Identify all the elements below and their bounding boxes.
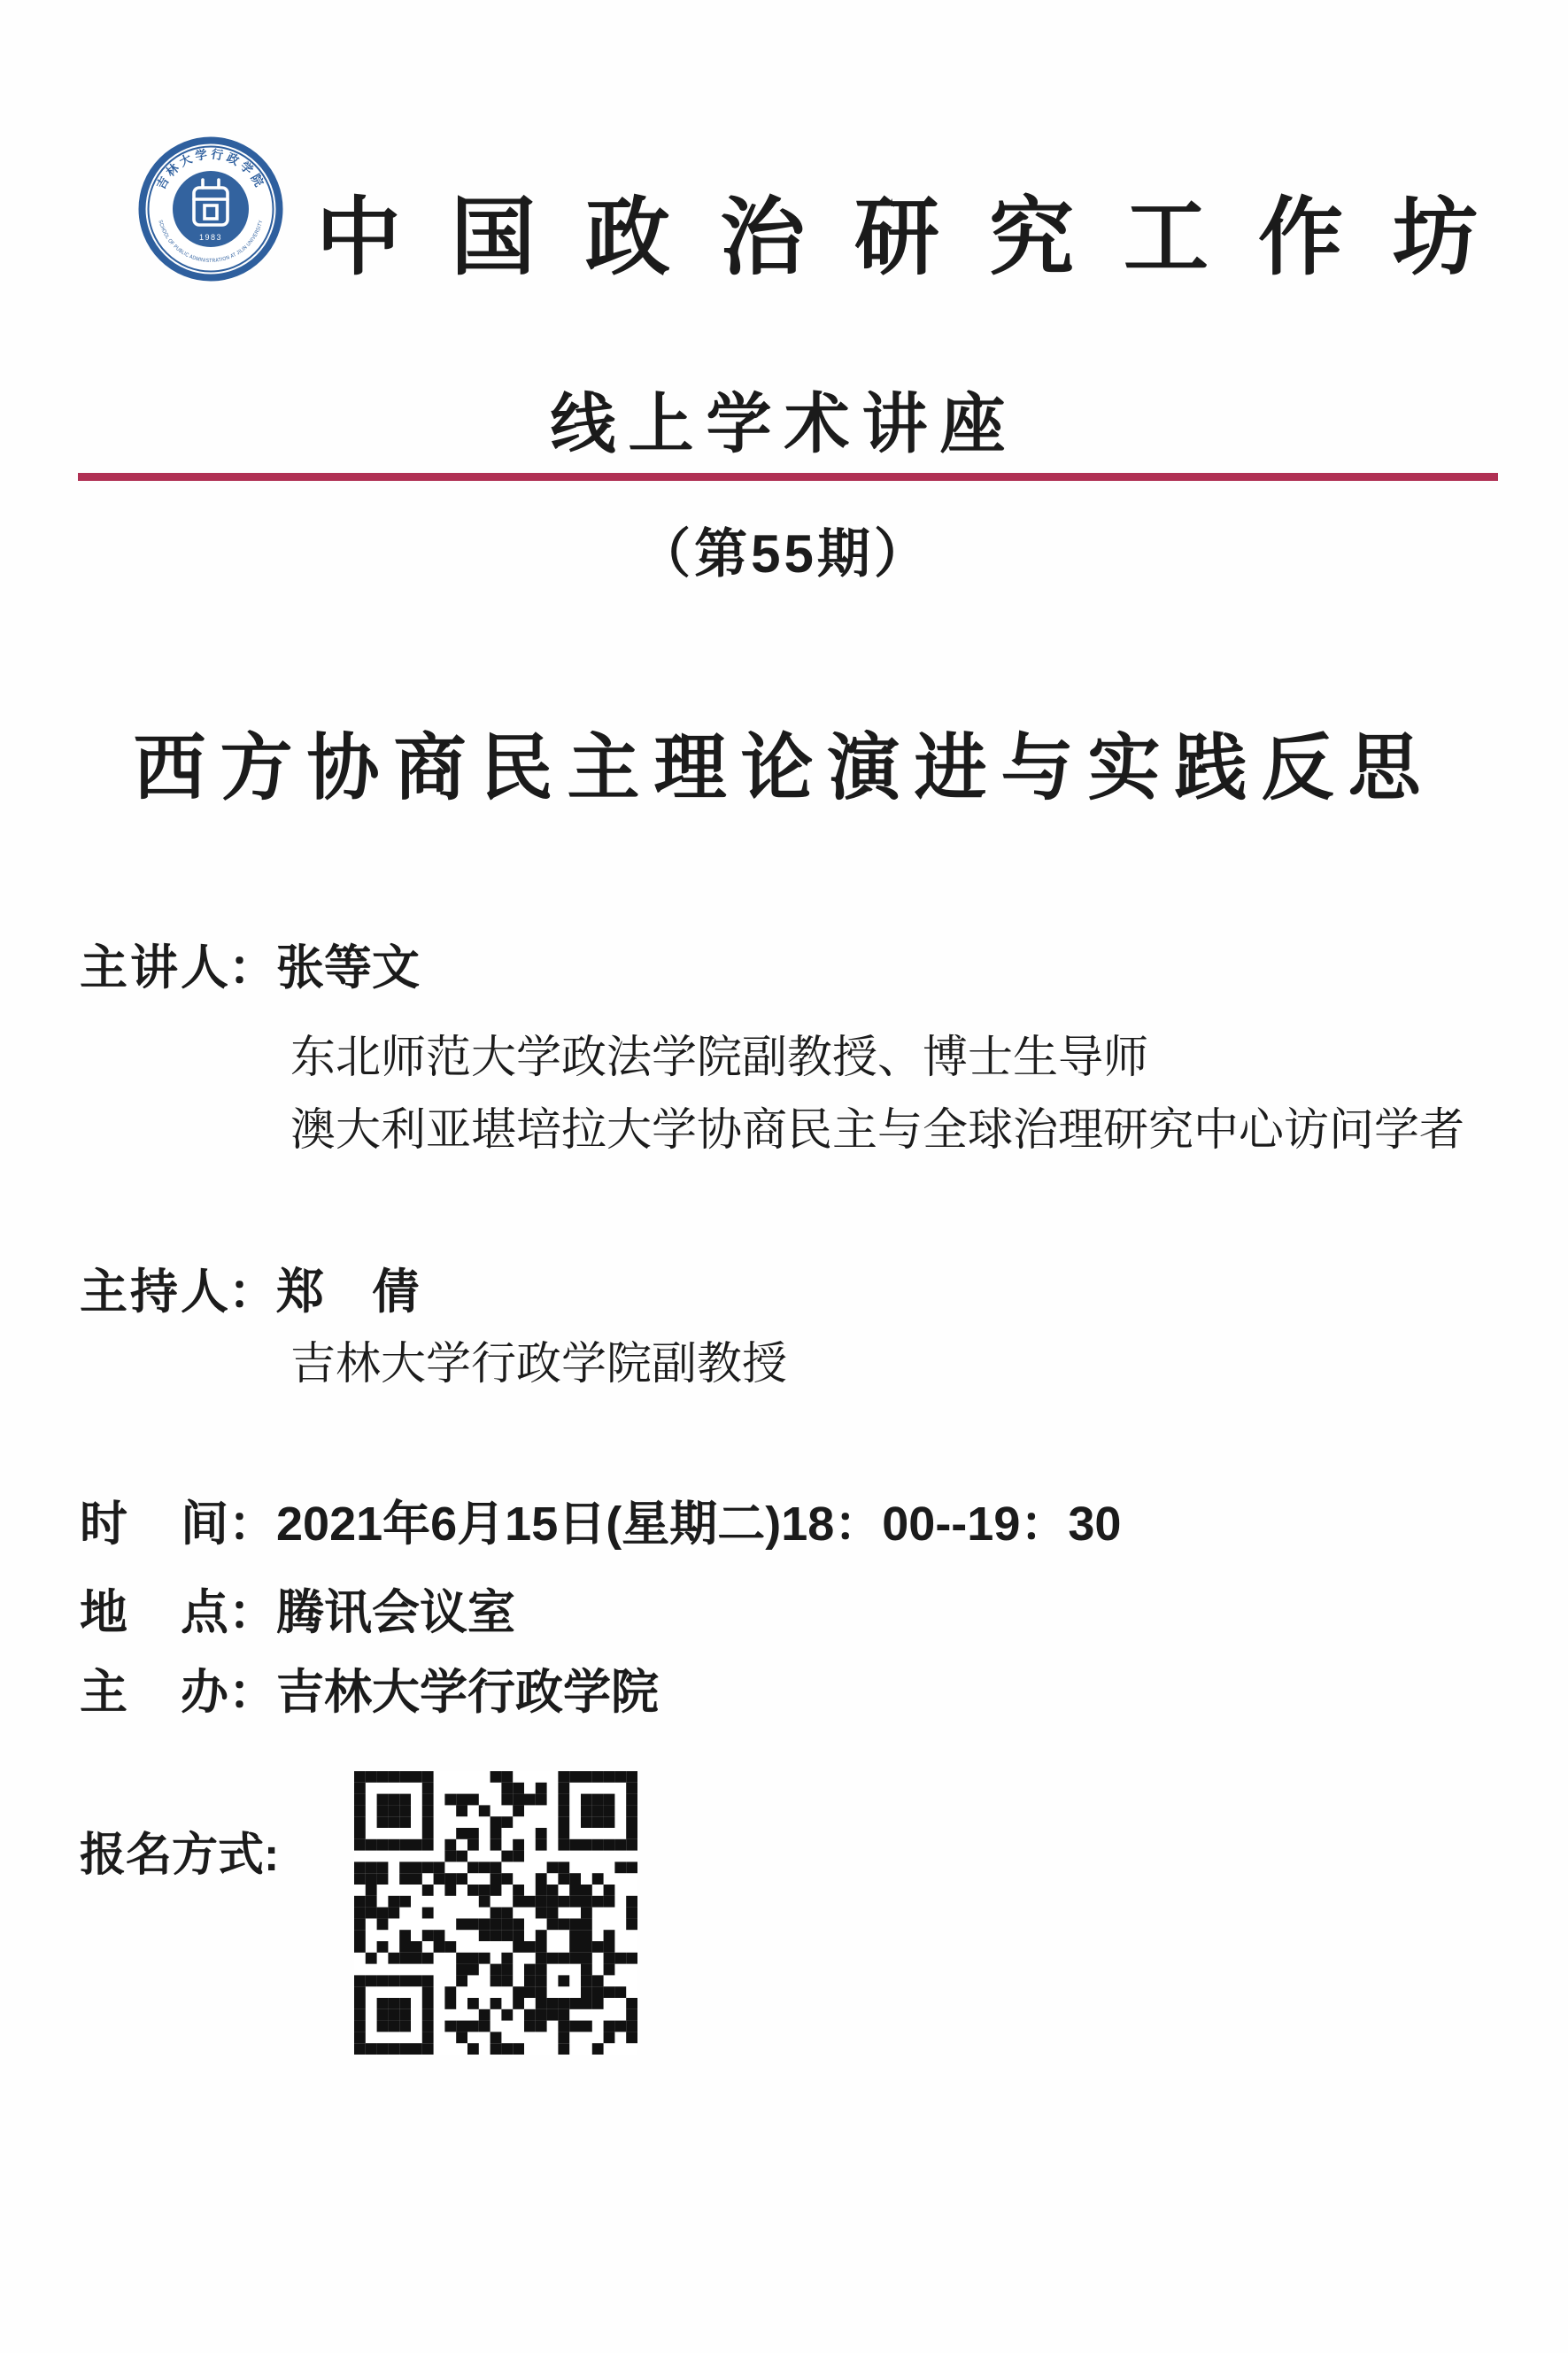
venue-colon: ： bbox=[228, 1575, 276, 1643]
speaker-label: 主讲人 bbox=[80, 930, 228, 998]
issue-number: （第55期） bbox=[0, 512, 1568, 588]
organizer-label: 主办 bbox=[80, 1654, 228, 1722]
host-name: 郑 倩 bbox=[276, 1266, 420, 1319]
workshop-title: 中国政治研究工作坊 bbox=[316, 170, 1527, 291]
lecture-title: 西方协商民主理论演进与实践反思 bbox=[0, 710, 1568, 814]
qr-code-icon bbox=[354, 1771, 637, 2055]
venue-row: 地点：腾讯会议室 bbox=[80, 1575, 515, 1643]
speaker-affiliation-1: 东北师范大学政法学院副教授、博士生导师 bbox=[290, 1020, 1148, 1086]
time-colon: ： bbox=[228, 1486, 276, 1554]
divider-line bbox=[78, 473, 1498, 481]
lecture-poster: 吉林大学行政学院 SCHOOL OF PUBLIC ADMINISTRATION… bbox=[0, 0, 1568, 2353]
host-row: 主持人：郑 倩 bbox=[80, 1254, 420, 1322]
venue-value: 腾讯会议室 bbox=[276, 1586, 515, 1639]
series-title: 线上学术讲座 bbox=[0, 372, 1568, 466]
speaker-colon: ： bbox=[228, 930, 276, 998]
organizer-colon: ： bbox=[228, 1654, 276, 1722]
university-seal-icon: 吉林大学行政学院 SCHOOL OF PUBLIC ADMINISTRATION… bbox=[138, 136, 283, 282]
qr-code-image bbox=[354, 1771, 637, 2055]
host-colon: ： bbox=[228, 1254, 276, 1322]
host-affiliation: 吉林大学行政学院副教授 bbox=[290, 1327, 787, 1392]
venue-label: 地点 bbox=[80, 1575, 228, 1643]
signup-label: 报名方式: bbox=[80, 1817, 279, 1884]
seal-year: 1983 bbox=[199, 233, 222, 242]
organizer-value: 吉林大学行政学院 bbox=[276, 1666, 659, 1719]
time-label: 时间 bbox=[80, 1486, 228, 1554]
speaker-affiliation-2: 澳大利亚堪培拉大学协商民主与全球治理研究中心访问学者 bbox=[290, 1093, 1464, 1158]
host-label: 主持人 bbox=[80, 1254, 228, 1322]
time-row: 时间：2021年6月15日(星期二)18：00--19：30 bbox=[80, 1486, 1121, 1554]
speaker-name: 张等文 bbox=[276, 941, 420, 995]
speaker-row: 主讲人：张等文 bbox=[80, 930, 420, 998]
time-value: 2021年6月15日(星期二)18：00--19：30 bbox=[276, 1498, 1121, 1551]
organizer-row: 主办：吉林大学行政学院 bbox=[80, 1654, 659, 1722]
